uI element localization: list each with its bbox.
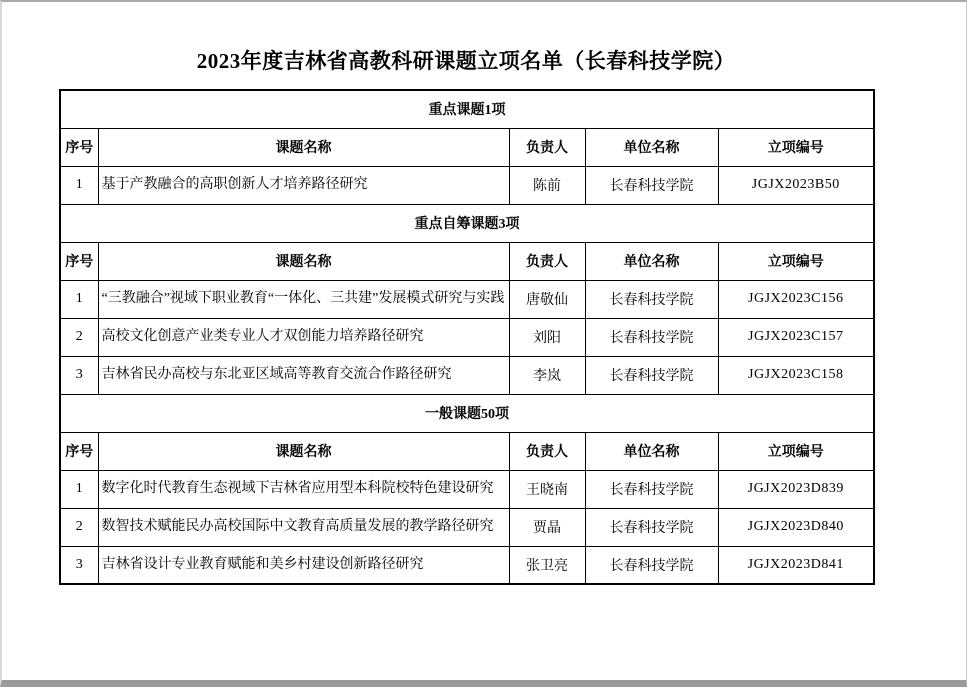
cell-project-code: JGJX2023C156 [718,280,874,318]
column-header-row: 序号 课题名称 负责人 单位名称 立项编号 [60,432,874,470]
table-row: 2 高校文化创意产业类专业人才双创能力培养路径研究 刘阳 长春科技学院 JGJX… [60,318,874,356]
cell-project-name: 数智技术赋能民办高校国际中文教育高质量发展的教学路径研究 [98,508,509,546]
cell-project-name: 高校文化创意产业类专业人才双创能力培养路径研究 [98,318,509,356]
table-row: 1 基于产教融合的高职创新人才培养路径研究 陈前 长春科技学院 JGJX2023… [60,166,874,204]
section-title: 重点自筹课题3项 [60,204,874,242]
column-header-project-name: 课题名称 [98,432,509,470]
projects-table: 重点课题1项 序号 课题名称 负责人 单位名称 立项编号 1 基于产教融合的高职… [59,89,875,585]
column-header-org: 单位名称 [585,432,718,470]
column-header-org: 单位名称 [585,128,718,166]
column-header-serial: 序号 [60,128,98,166]
cell-leader: 刘阳 [509,318,585,356]
cell-project-code: JGJX2023C157 [718,318,874,356]
section-header-row: 重点自筹课题3项 [60,204,874,242]
cell-project-name: 数字化时代教育生态视域下吉林省应用型本科院校特色建设研究 [98,470,509,508]
cell-leader: 王晓南 [509,470,585,508]
cell-org: 长春科技学院 [585,546,718,584]
table-row: 1 “三教融合”视域下职业教育“一体化、三共建”发展模式研究与实践 唐敬仙 长春… [60,280,874,318]
column-header-row: 序号 课题名称 负责人 单位名称 立项编号 [60,128,874,166]
cell-project-code: JGJX2023C158 [718,356,874,394]
cell-project-name: 吉林省设计专业教育赋能和美乡村建设创新路径研究 [98,546,509,584]
column-header-serial: 序号 [60,432,98,470]
column-header-leader: 负责人 [509,128,585,166]
cell-project-code: JGJX2023D841 [718,546,874,584]
table-row: 3 吉林省设计专业教育赋能和美乡村建设创新路径研究 张卫亮 长春科技学院 JGJ… [60,546,874,584]
column-header-leader: 负责人 [509,242,585,280]
cell-serial: 2 [60,508,98,546]
cell-serial: 3 [60,356,98,394]
cell-project-name: 吉林省民办高校与东北亚区域高等教育交流合作路径研究 [98,356,509,394]
column-header-project-code: 立项编号 [718,432,874,470]
cell-leader: 唐敬仙 [509,280,585,318]
column-header-row: 序号 课题名称 负责人 单位名称 立项编号 [60,242,874,280]
cell-project-name: 基于产教融合的高职创新人才培养路径研究 [98,166,509,204]
cell-serial: 1 [60,280,98,318]
cell-project-name: “三教融合”视域下职业教育“一体化、三共建”发展模式研究与实践 [98,280,509,318]
column-header-org: 单位名称 [585,242,718,280]
section-header-row: 一般课题50项 [60,394,874,432]
cell-leader: 陈前 [509,166,585,204]
section-title: 一般课题50项 [60,394,874,432]
column-header-project-code: 立项编号 [718,128,874,166]
cell-org: 长春科技学院 [585,508,718,546]
cell-org: 长春科技学院 [585,166,718,204]
cell-serial: 2 [60,318,98,356]
cell-org: 长春科技学院 [585,280,718,318]
section-title: 重点课题1项 [60,90,874,128]
column-header-serial: 序号 [60,242,98,280]
cell-project-code: JGJX2023D840 [718,508,874,546]
cell-leader: 张卫亮 [509,546,585,584]
cell-project-code: JGJX2023B50 [718,166,874,204]
cell-org: 长春科技学院 [585,356,718,394]
cell-org: 长春科技学院 [585,318,718,356]
document-page: 2023年度吉林省高教科研课题立项名单（长春科技学院） 重点课题1项 序号 课题… [0,0,967,687]
cell-leader: 李岚 [509,356,585,394]
table-row: 2 数智技术赋能民办高校国际中文教育高质量发展的教学路径研究 贾晶 长春科技学院… [60,508,874,546]
column-header-project-name: 课题名称 [98,128,509,166]
column-header-leader: 负责人 [509,432,585,470]
cell-leader: 贾晶 [509,508,585,546]
cell-project-code: JGJX2023D839 [718,470,874,508]
cell-serial: 1 [60,470,98,508]
cell-serial: 3 [60,546,98,584]
table-row: 1 数字化时代教育生态视域下吉林省应用型本科院校特色建设研究 王晓南 长春科技学… [60,470,874,508]
page-title: 2023年度吉林省高教科研课题立项名单（长春科技学院） [59,2,873,89]
column-header-project-code: 立项编号 [718,242,874,280]
cell-serial: 1 [60,166,98,204]
section-header-row: 重点课题1项 [60,90,874,128]
table-row: 3 吉林省民办高校与东北亚区域高等教育交流合作路径研究 李岚 长春科技学院 JG… [60,356,874,394]
cell-org: 长春科技学院 [585,470,718,508]
column-header-project-name: 课题名称 [98,242,509,280]
